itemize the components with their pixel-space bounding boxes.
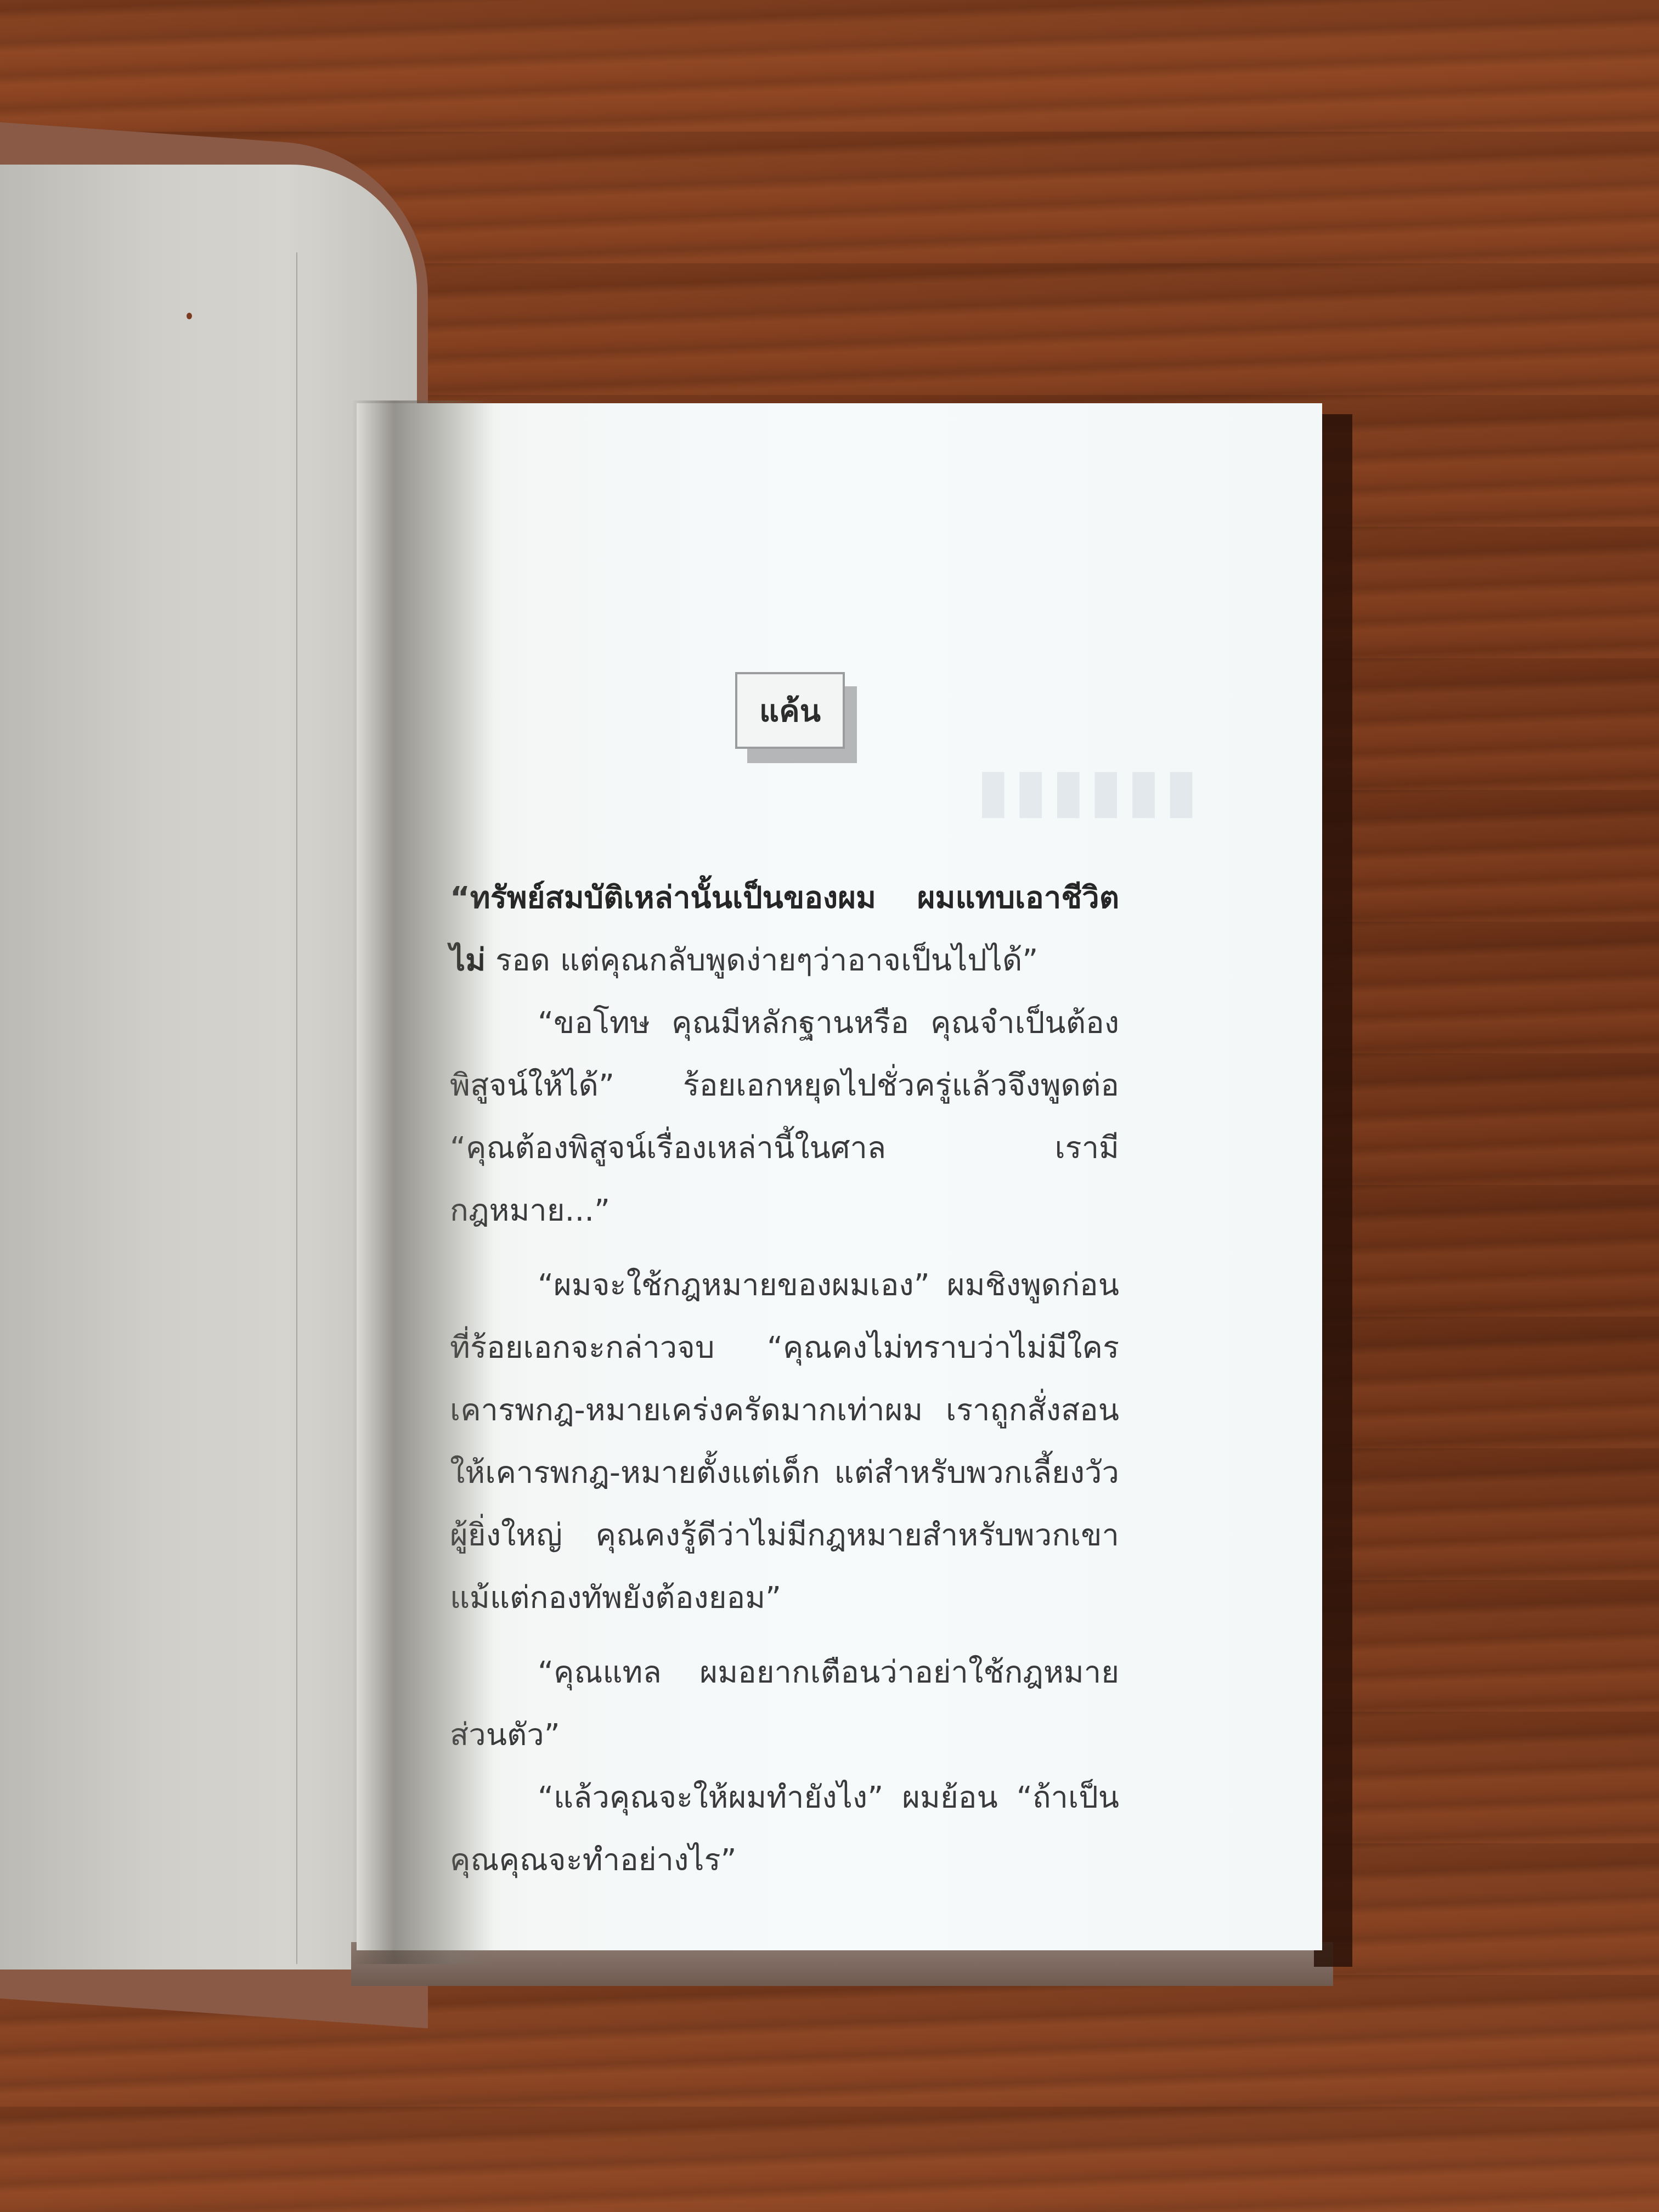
paragraph-3: “ผมจะใช้กฎหมายของผมเอง” ผมชิงพูดก่อนที่ร… (450, 1254, 1119, 1629)
chapter-title: แค้น (759, 686, 821, 735)
paragraph-5: “แล้วคุณจะให้ผมทำยังไง” ผมย้อน “ถ้าเป็นค… (450, 1767, 1119, 1892)
title-box-frame: แค้น (735, 672, 845, 749)
right-page: ▮▮▮▮▮▮ แค้น “ทรัพย์สมบัติเหล่านั้นเป็นขอ… (357, 403, 1322, 1950)
show-through-bleed: ▮▮▮▮▮▮ (977, 754, 1202, 825)
paragraph-1-text: รอด แต่คุณกลับพูดง่ายๆว่าอาจเป็นไปได้” (495, 943, 1039, 978)
page-fold-line (296, 252, 297, 1964)
paragraph-4: “คุณแทล ผมอยากเตือนว่าอย่าใช้กฎหมายส่วนต… (450, 1641, 1119, 1767)
paper-speck (187, 313, 192, 319)
gutter-shadow (351, 400, 494, 1964)
paragraph-2: “ขอโทษ คุณมีหลักฐานหรือ คุณจำเป็นต้องพิส… (450, 992, 1119, 1242)
paragraph-1: “ทรัพย์สมบัติเหล่านั้นเป็นของผม ผมแทบเอา… (450, 867, 1119, 992)
body-text: “ทรัพย์สมบัติเหล่านั้นเป็นของผม ผมแทบเอา… (450, 867, 1119, 1892)
